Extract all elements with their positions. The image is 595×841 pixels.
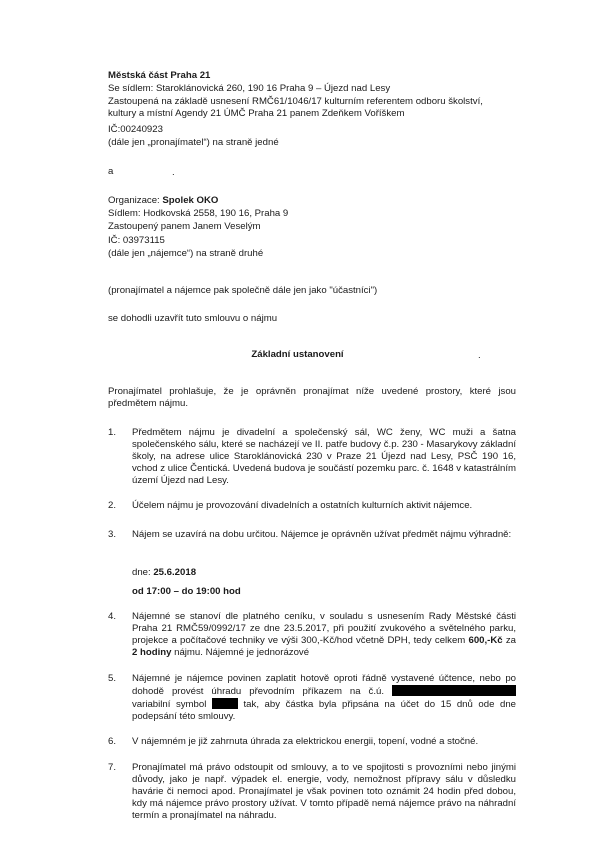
party1-represented-line1: Zastoupená na základě usnesení RMČ61/104… [108,96,483,107]
list-item-3: 3. Nájem se uzavírá na dobu určitou. Náj… [108,529,516,541]
item-text: Účelem nájmu je provozování divadelních … [132,500,516,512]
item-text-part: Nájemné se stanoví dle platného ceníku, … [132,611,516,646]
scan-speck: . [172,167,175,179]
item-number: 5. [108,673,132,685]
party2-org: Organizace: Spolek OKO [108,195,218,207]
total-amount: 600,-Kč [469,635,503,646]
list-item-1: 1. Předmětem nájmu je divadelní a společ… [108,427,516,487]
party2-seat: Sídlem: Hodkovská 2558, 190 16, Praha 9 [108,208,288,220]
item-number: 3. [108,529,132,541]
party2-represented: Zastoupený panem Janem Veselým [108,221,261,233]
item-text: Nájemné se stanoví dle platného ceníku, … [132,611,516,659]
list-item-2: 2. Účelem nájmu je provozování divadelní… [108,500,516,512]
rental-date-label: dne: [132,567,153,578]
rental-hours: 2 hodiny [132,647,171,658]
list-item-5: 5. Nájemné je nájemce povinen zaplatit h… [108,673,516,723]
item-text: Nájem se uzavírá na dobu určitou. Nájemc… [132,529,516,541]
party1-name: Městská část Praha 21 [108,70,210,82]
rental-date-value: 25.6.2018 [153,567,196,578]
item-number: 2. [108,500,132,512]
party1-alias: (dále jen „pronajímatel“) na straně jedn… [108,137,279,149]
list-item-4: 4. Nájemné se stanoví dle platného ceník… [108,611,516,659]
rental-date: dne: 25.6.2018 [132,567,196,579]
item-text-part: variabilní symbol [132,699,206,710]
item-text: V nájemném je již zahrnuta úhrada za ele… [132,736,516,748]
party1-ic: IČ:00240923 [108,124,163,136]
item-number: 7. [108,762,132,774]
section-title: Základní ustanovení [0,349,595,361]
rental-time: od 17:00 – do 19:00 hod [132,586,241,598]
redacted-variable-symbol [212,698,238,709]
party2-alias: (dále jen „nájemce“) na straně druhé [108,248,263,260]
party1-represented: Zastoupená na základě usnesení RMČ61/104… [108,96,518,120]
redacted-account-number [392,685,516,696]
party1-seat: Se sídlem: Staroklánovická 260, 190 16 P… [108,83,390,95]
item-text-part: nájmu. Nájemné je jednorázové [171,647,309,658]
party2-org-label: Organizace: [108,195,162,206]
parties-note: (pronajímatel a nájemce pak společně dál… [108,285,377,297]
agreement-statement: se dohodli uzavřít tuto smlouvu o nájmu [108,313,277,325]
item-text: Předmětem nájmu je divadelní a společens… [132,427,516,487]
item-text: Pronajímatel má právo odstoupit od smlou… [132,762,516,822]
item-number: 1. [108,427,132,439]
list-item-6: 6. V nájemném je již zahrnuta úhrada za … [108,736,516,748]
list-item-7: 7. Pronajímatel má právo odstoupit od sm… [108,762,516,822]
party2-ic: IČ: 03973115 [108,235,165,247]
intro-paragraph: Pronajímatel prohlašuje, že je oprávněn … [108,386,516,410]
party2-org-name: Spolek OKO [162,195,218,206]
item-number: 6. [108,736,132,748]
item-text: Nájemné je nájemce povinen zaplatit hoto… [132,673,516,723]
and-connector: a [108,166,113,178]
item-text-part: za [503,635,516,646]
item-number: 4. [108,611,132,623]
party1-represented-line2: kultury a místní Agendy 21 ÚMČ Praha 21 … [108,108,404,119]
scan-speck: . [478,350,481,362]
